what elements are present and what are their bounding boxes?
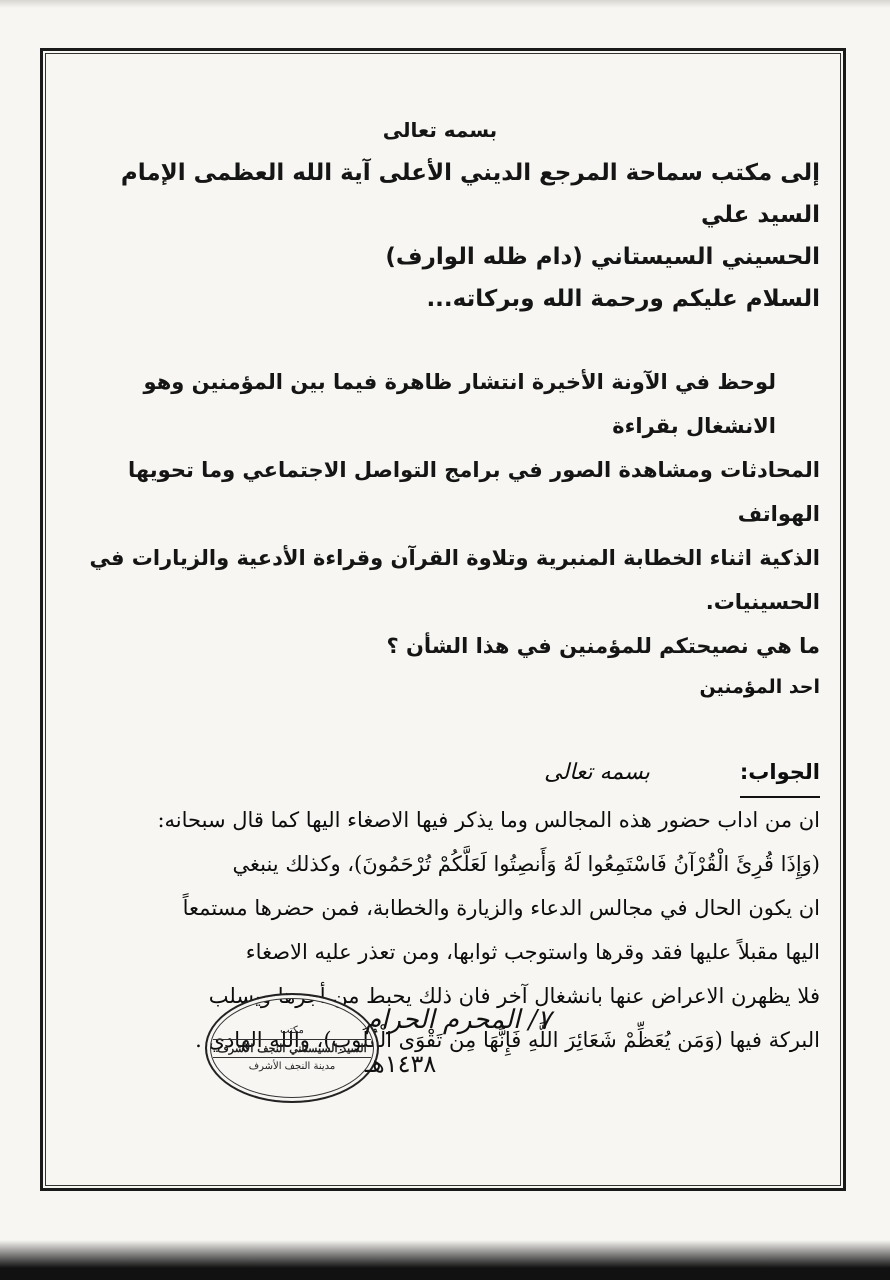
answer-line: اليها مقبلاً عليها فقد وقرها واستوجب ثوا…: [60, 930, 820, 974]
question-line: المحادثات ومشاهدة الصور في برامج التواصل…: [60, 448, 820, 536]
date-day-month: ٧/ المحرم الحرام: [365, 1005, 551, 1035]
answer-line: ان من اداب حضور هذه المجالس وما يذكر فيه…: [60, 798, 820, 842]
question-line: الذكية اثناء الخطابة المنبرية وتلاوة الق…: [60, 536, 820, 624]
date-year: ١٤٣٨هـ: [365, 1050, 436, 1078]
answer-line: ان يكون الحال في مجالس الدعاء والزيارة و…: [60, 886, 820, 930]
page-edge-top: [0, 0, 890, 8]
answer-line: (وَإِذَا قُرِئَ الْقُرْآنُ فَاسْتَمِعُوا…: [60, 842, 820, 886]
answer-label: الجواب:: [740, 750, 820, 798]
office-seal-stamp: مكتب السيد السيستاني النجف الأشرف مدينة …: [205, 993, 379, 1103]
stamp-top-text: مكتب: [280, 1025, 304, 1036]
question-line: ما هي نصيحتكم للمؤمنين في هذا الشأن ؟: [60, 624, 820, 668]
question-body: لوحظ في الآونة الأخيرة انتشار ظاهرة فيما…: [60, 360, 820, 668]
answer-bismillah: بسمه تعالى: [544, 751, 650, 795]
answer-header: الجواب: بسمه تعالى: [60, 750, 820, 798]
greeting-line: السلام عليكم ورحمة الله وبركاته...: [60, 278, 820, 320]
question-signer: احد المؤمنين: [60, 676, 820, 698]
document: بسمه تعالى إلى مكتب سماحة المرجع الديني …: [60, 100, 820, 1062]
question-title: بسمه تعالى: [60, 118, 820, 142]
question-line: لوحظ في الآونة الأخيرة انتشار ظاهرة فيما…: [60, 360, 820, 448]
page-edge-bottom: [0, 1240, 890, 1280]
stamp-middle-text: السيد السيستاني النجف الأشرف: [213, 1039, 370, 1058]
address-block: إلى مكتب سماحة المرجع الديني الأعلى آية …: [60, 152, 820, 320]
stamp-bottom-text: مدينة النجف الأشرف: [249, 1061, 336, 1072]
address-line: الحسيني السيستاني (دام ظله الوارف): [60, 236, 820, 278]
signature-block: مكتب السيد السيستاني النجف الأشرف مدينة …: [205, 985, 565, 1095]
address-line: إلى مكتب سماحة المرجع الديني الأعلى آية …: [60, 152, 820, 236]
